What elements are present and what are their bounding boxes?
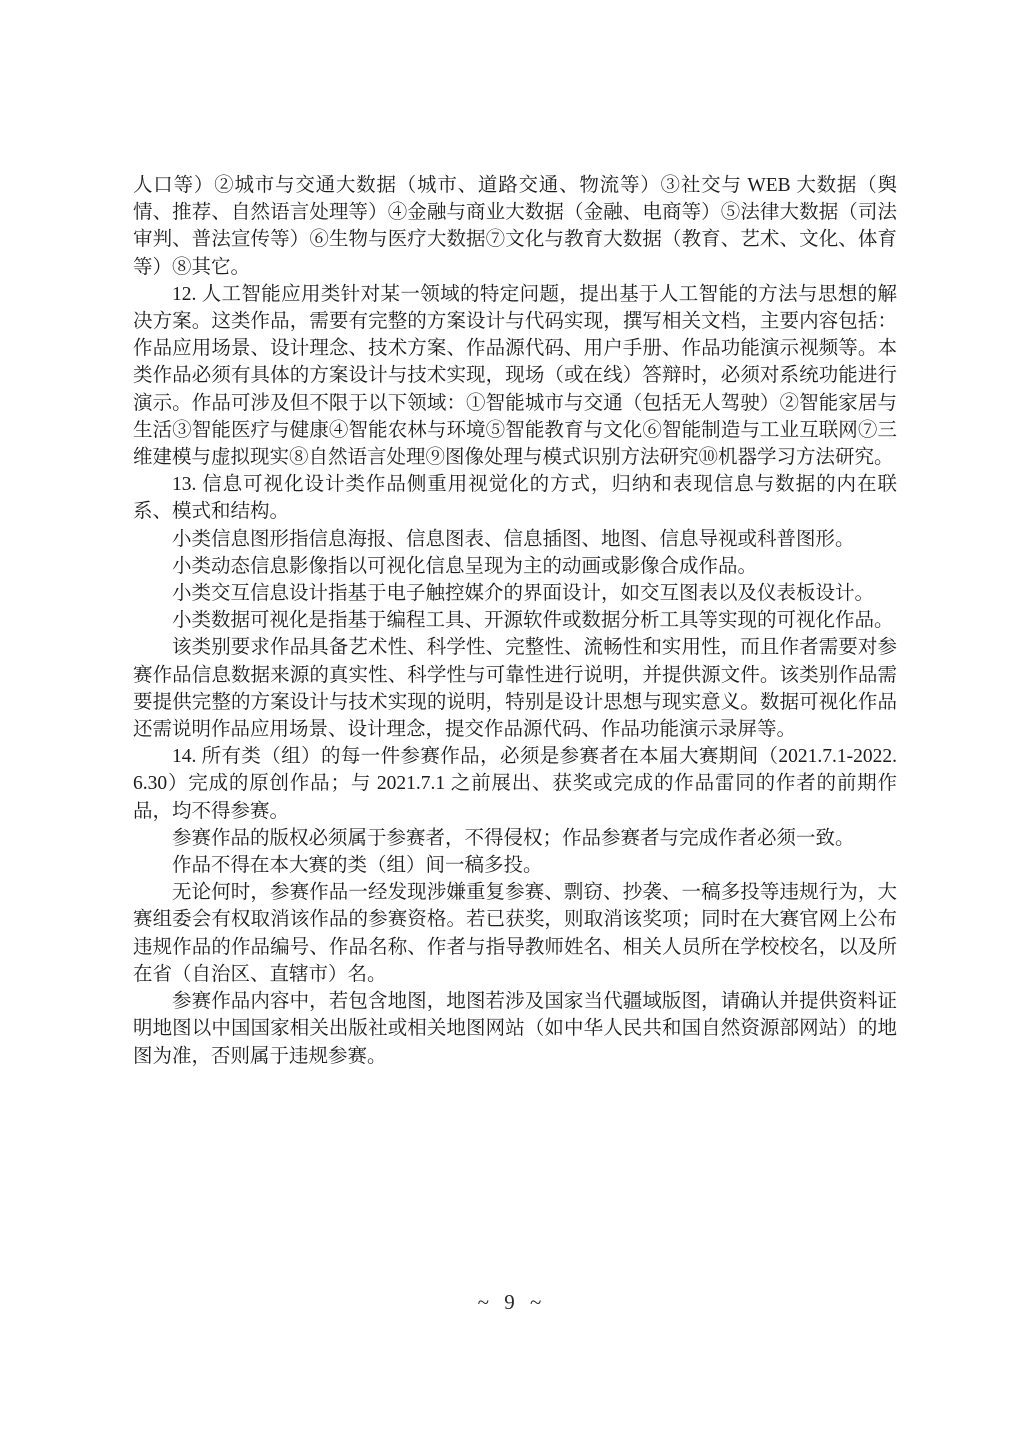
paragraph-copyright: 参赛作品的版权必须属于参赛者，不得侵权；作品参赛者与完成作者必须一致。	[133, 825, 897, 852]
page-number: ~ 9 ~	[0, 1290, 1024, 1315]
paragraph-violation-rules: 无论何时，参赛作品一经发现涉嫌重复参赛、剽窃、抄袭、一稿多投等违规行为，大赛组委…	[133, 879, 897, 988]
paragraph-subclass-infographic: 小类信息图形指信息海报、信息图表、信息插图、地图、信息导视或科普图形。	[133, 526, 897, 553]
page-body: 人口等）②城市与交通大数据（城市、道路交通、物流等）③社交与 WEB 大数据（舆…	[133, 172, 897, 1070]
paragraph-item-13-info-visualization: 13. 信息可视化设计类作品侧重用视觉化的方式，归纳和表现信息与数据的内在联系、…	[133, 471, 897, 525]
paragraph-big-data-categories-continuation: 人口等）②城市与交通大数据（城市、道路交通、物流等）③社交与 WEB 大数据（舆…	[133, 172, 897, 281]
paragraph-subclass-motion-info: 小类动态信息影像指以可视化信息呈现为主的动画或影像合成作品。	[133, 553, 897, 580]
paragraph-no-multiple-submission: 作品不得在本大赛的类（组）间一稿多投。	[133, 852, 897, 879]
paragraph-item-12-ai-application: 12. 人工智能应用类针对某一领域的特定问题，提出基于人工智能的方法与思想的解决…	[133, 281, 897, 471]
paragraph-item-14-originality: 14. 所有类（组）的每一件参赛作品，必须是参赛者在本届大赛期间（2021.7.…	[133, 743, 897, 825]
paragraph-category-requirements: 该类别要求作品具备艺术性、科学性、完整性、流畅性和实用性，而且作者需要对参赛作品…	[133, 634, 897, 743]
document-page: 人口等）②城市与交通大数据（城市、道路交通、物流等）③社交与 WEB 大数据（舆…	[0, 0, 1024, 1448]
paragraph-map-requirements: 参赛作品内容中，若包含地图，地图若涉及国家当代疆域版图，请确认并提供资料证明地图…	[133, 988, 897, 1070]
paragraph-subclass-interactive-design: 小类交互信息设计指基于电子触控媒介的界面设计，如交互图表以及仪表板设计。	[133, 580, 897, 607]
paragraph-subclass-data-visualization: 小类数据可视化是指基于编程工具、开源软件或数据分析工具等实现的可视化作品。	[133, 607, 897, 634]
